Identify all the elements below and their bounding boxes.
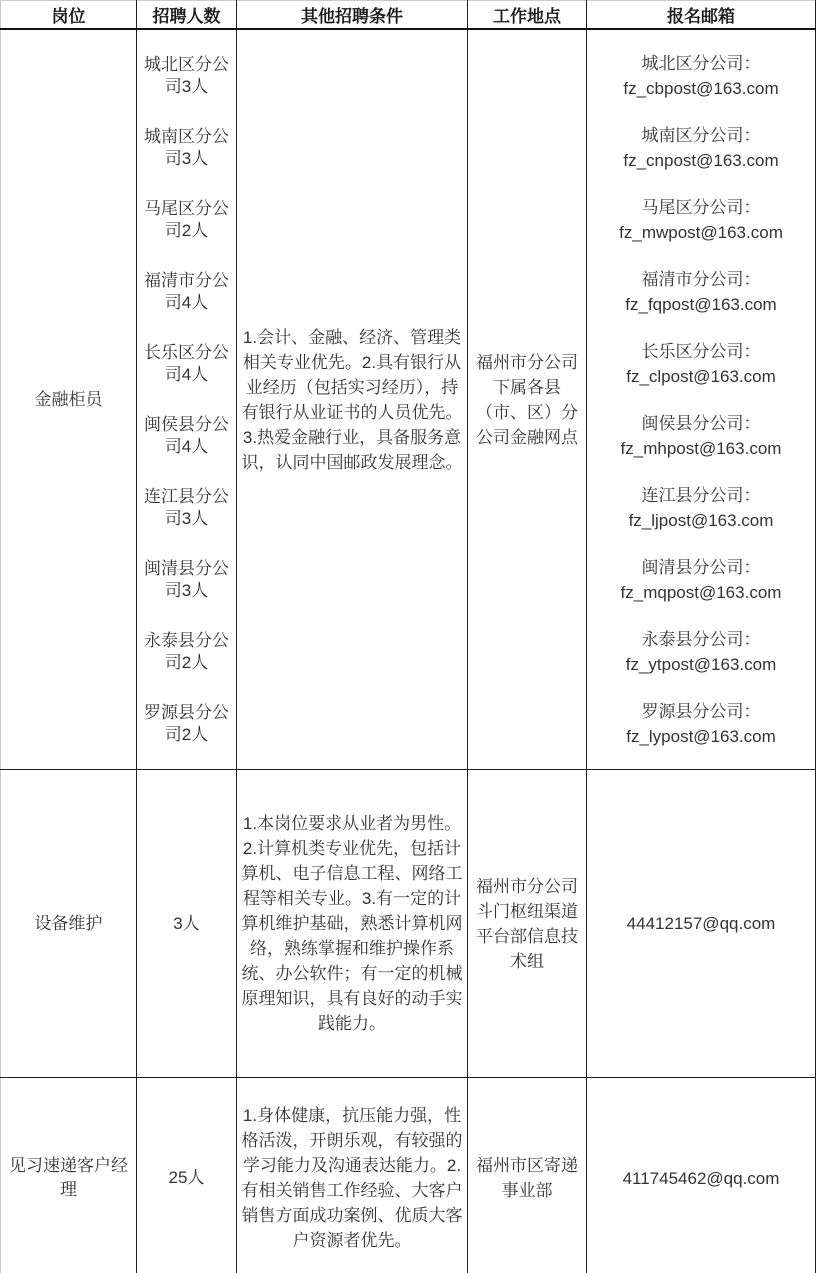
branch-email-label: 闽侯县分公司： — [593, 411, 809, 436]
headcount-item: 闽清县分公司3人 — [140, 558, 233, 602]
branch-email-address: fz_mqpost@163.com — [593, 580, 809, 605]
position-cell: 金融柜员 — [1, 29, 137, 770]
branch-email-address: fz_mwpost@163.com — [593, 220, 809, 245]
branch-email-label: 永泰县分公司： — [593, 627, 809, 652]
conditions-cell: 1.会计、金融、经济、管理类相关专业优先。2.具有银行从业经历（包括实习经历），… — [237, 29, 468, 770]
branch-email-group: 连江县分公司： fz_ljpost@163.com — [593, 483, 809, 533]
branch-email-address: fz_clpost@163.com — [593, 364, 809, 389]
branch-email-label: 闽清县分公司： — [593, 555, 809, 580]
branch-email-label: 罗源县分公司： — [593, 699, 809, 724]
branch-email-label: 马尾区分公司： — [593, 195, 809, 220]
recruitment-table: 岗位 招聘人数 其他招聘条件 工作地点 报名邮箱 金融柜员 城北区分公司3人 城… — [0, 0, 816, 1273]
branch-email-address: fz_cnpost@163.com — [593, 148, 809, 173]
branch-email-address: fz_fqpost@163.com — [593, 292, 809, 317]
branch-email-group: 永泰县分公司： fz_ytpost@163.com — [593, 627, 809, 677]
branch-email-address: fz_ljpost@163.com — [593, 508, 809, 533]
location-cell: 福州市区寄递事业部 — [468, 1078, 587, 1273]
headcount-cell: 25人 — [137, 1078, 237, 1273]
headcount-cell: 3人 — [137, 770, 237, 1078]
branch-email-address: fz_lypost@163.com — [593, 724, 809, 749]
branch-email-label: 城南区分公司： — [593, 123, 809, 148]
conditions-cell: 1.身体健康，抗压能力强，性格活泼，开朗乐观，有较强的学习能力及沟通表达能力。2… — [237, 1078, 468, 1273]
headcount-item: 长乐区分公司4人 — [140, 342, 233, 386]
header-location: 工作地点 — [468, 1, 587, 30]
headcount-item: 连江县分公司3人 — [140, 486, 233, 530]
branch-email-label: 福清市分公司： — [593, 267, 809, 292]
headcount-item: 马尾区分公司2人 — [140, 198, 233, 242]
header-conditions: 其他招聘条件 — [237, 1, 468, 30]
email-cell: 411745462@qq.com — [587, 1078, 816, 1273]
branch-email-group: 闽清县分公司： fz_mqpost@163.com — [593, 555, 809, 605]
branch-email-group: 罗源县分公司： fz_lypost@163.com — [593, 699, 809, 749]
table-row-financial-teller: 金融柜员 城北区分公司3人 城南区分公司3人 马尾区分公司2人 福清市分公司4人 — [1, 29, 816, 770]
branch-email-label: 城北区分公司： — [593, 51, 809, 76]
headcount-list: 城北区分公司3人 城南区分公司3人 马尾区分公司2人 福清市分公司4人 长乐区分… — [140, 40, 233, 760]
branch-email-list: 城北区分公司： fz_cbpost@163.com 城南区分公司： fz_cnp… — [593, 40, 809, 760]
header-headcount: 招聘人数 — [137, 1, 237, 30]
email-cell: 城北区分公司： fz_cbpost@163.com 城南区分公司： fz_cnp… — [587, 29, 816, 770]
recruitment-table-page: 岗位 招聘人数 其他招聘条件 工作地点 报名邮箱 金融柜员 城北区分公司3人 城… — [0, 0, 820, 1273]
table-row-trainee-courier-account-manager: 见习速递客户经理 25人 1.身体健康，抗压能力强，性格活泼，开朗乐观，有较强的… — [1, 1078, 816, 1273]
branch-email-address: fz_cbpost@163.com — [593, 76, 809, 101]
branch-email-group: 闽侯县分公司： fz_mhpost@163.com — [593, 411, 809, 461]
conditions-cell: 1.本岗位要求从业者为男性。2.计算机类专业优先，包括计算机、电子信息工程、网络… — [237, 770, 468, 1078]
branch-email-group: 城南区分公司： fz_cnpost@163.com — [593, 123, 809, 173]
email-cell: 44412157@qq.com — [587, 770, 816, 1078]
headcount-item: 福清市分公司4人 — [140, 270, 233, 314]
branch-email-group: 马尾区分公司： fz_mwpost@163.com — [593, 195, 809, 245]
branch-email-address: fz_mhpost@163.com — [593, 436, 809, 461]
headcount-cell: 城北区分公司3人 城南区分公司3人 马尾区分公司2人 福清市分公司4人 长乐区分… — [137, 29, 237, 770]
header-position: 岗位 — [1, 1, 137, 30]
location-cell: 福州市分公司斗门枢纽渠道平台部信息技术组 — [468, 770, 587, 1078]
headcount-item: 城南区分公司3人 — [140, 126, 233, 170]
position-cell: 设备维护 — [1, 770, 137, 1078]
position-cell: 见习速递客户经理 — [1, 1078, 137, 1273]
header-row: 岗位 招聘人数 其他招聘条件 工作地点 报名邮箱 — [1, 1, 816, 30]
branch-email-label: 连江县分公司： — [593, 483, 809, 508]
header-email: 报名邮箱 — [587, 1, 816, 30]
branch-email-group: 城北区分公司： fz_cbpost@163.com — [593, 51, 809, 101]
branch-email-address: fz_ytpost@163.com — [593, 652, 809, 677]
branch-email-group: 福清市分公司： fz_fqpost@163.com — [593, 267, 809, 317]
branch-email-label: 长乐区分公司： — [593, 339, 809, 364]
table-row-equipment-maintenance: 设备维护 3人 1.本岗位要求从业者为男性。2.计算机类专业优先，包括计算机、电… — [1, 770, 816, 1078]
headcount-item: 罗源县分公司2人 — [140, 702, 233, 746]
headcount-item: 闽侯县分公司4人 — [140, 414, 233, 458]
headcount-item: 城北区分公司3人 — [140, 54, 233, 98]
headcount-item: 永泰县分公司2人 — [140, 630, 233, 674]
location-cell: 福州市分公司下属各县（市、区）分公司金融网点 — [468, 29, 587, 770]
branch-email-group: 长乐区分公司： fz_clpost@163.com — [593, 339, 809, 389]
